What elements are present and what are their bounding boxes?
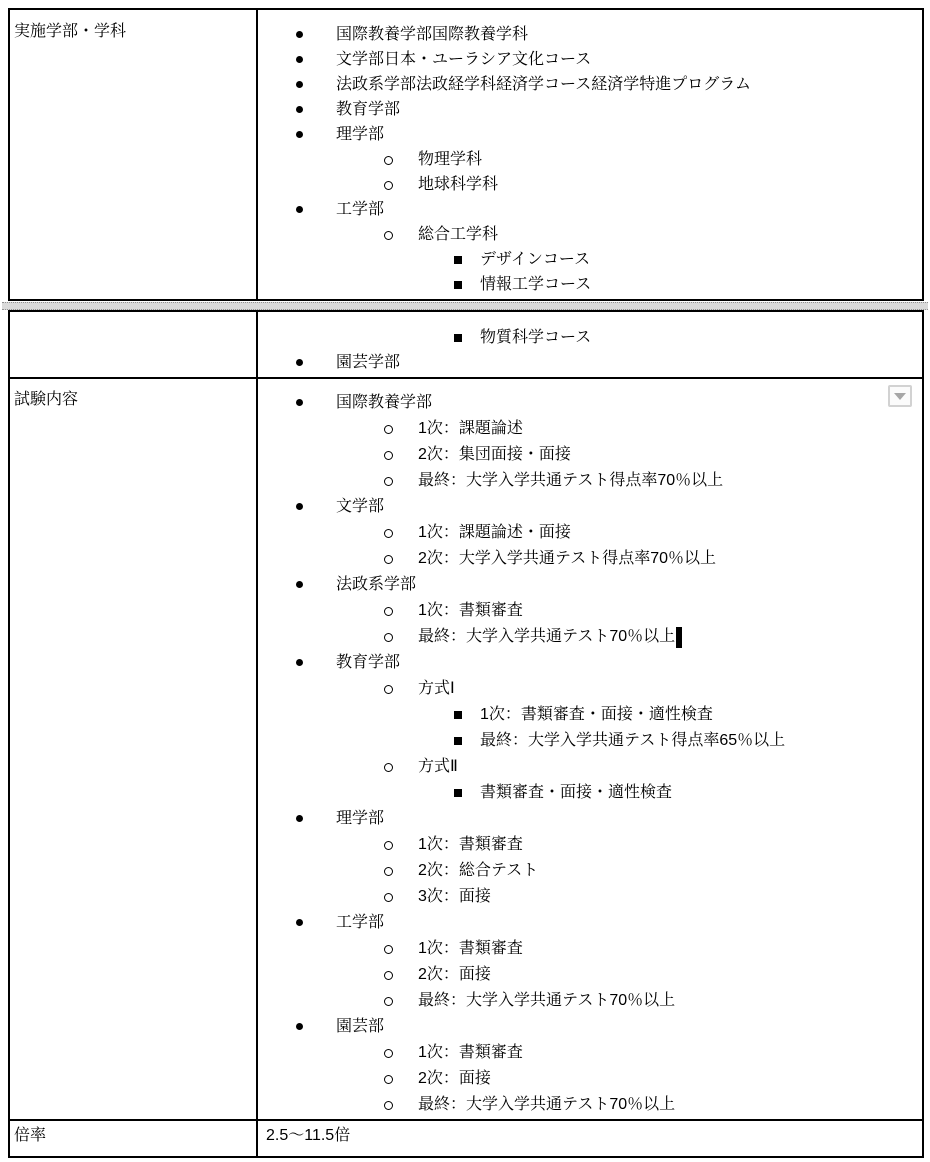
list-item-text: 1次：課題論述・面接 — [418, 520, 571, 546]
list-item: 1次：課題論述・面接 — [384, 520, 922, 546]
bullet-square-icon — [454, 702, 480, 719]
list-item-text: 2次：大学入学共通テスト得点率70％以上 — [418, 546, 716, 572]
list-item: 2次：集団面接・面接 — [384, 442, 922, 468]
list-item: 1次：書類審査 — [384, 936, 922, 962]
bullet-circle-icon — [384, 676, 418, 694]
list-item: 理学部 — [296, 122, 922, 147]
table-row-ratio: 倍率 2.5〜11.5倍 — [8, 1121, 924, 1158]
list-item-text: 1次：書類審査 — [418, 832, 523, 858]
list-item-text: 園芸学部 — [336, 350, 400, 375]
bullet-disc-icon — [296, 122, 336, 138]
bullet-disc-icon — [296, 350, 336, 366]
list-item: 最終：大学入学共通テスト70％以上 — [384, 1092, 922, 1118]
bullet-circle-icon — [384, 416, 418, 434]
bullet-disc-icon — [296, 650, 336, 666]
bullet-circle-icon — [384, 858, 418, 876]
list-item: 3次：面接 — [384, 884, 922, 910]
list-item-text: 文学部 — [336, 494, 384, 520]
bullet-circle-icon — [384, 832, 418, 850]
list-item: 最終：大学入学共通テスト70％以上 — [384, 988, 922, 1014]
bullet-disc-icon — [296, 47, 336, 63]
list-item-text: 2次：総合テスト — [418, 858, 538, 884]
bullet-disc-icon — [296, 97, 336, 113]
bullet-disc-icon — [296, 494, 336, 510]
bullet-circle-icon — [384, 520, 418, 538]
bullet-circle-icon — [384, 468, 418, 486]
list-item-text: 法政系学部法政経学科経済学コース経済学特進プログラム — [336, 72, 751, 97]
list-item: 1次：書類審査 — [384, 1040, 922, 1066]
list-item: 物質科学コース — [454, 325, 922, 350]
list-item-text: デザインコース — [480, 247, 590, 272]
bullet-square-icon — [454, 247, 480, 264]
bullet-disc-icon — [296, 1014, 336, 1030]
list-item: 文学部日本・ユーラシア文化コース — [296, 47, 922, 72]
list-item-text: 方式Ⅱ — [418, 754, 458, 780]
chevron-down-icon — [894, 393, 906, 400]
bullet-square-icon — [454, 272, 480, 289]
list-item-text: 最終：大学入学共通テスト得点率70％以上 — [418, 468, 723, 494]
bullet-circle-icon — [384, 147, 418, 165]
list-item-text: 情報工学コース — [480, 272, 591, 297]
list-item: 園芸学部 — [296, 350, 922, 375]
row-header-ratio: 倍率 — [10, 1121, 256, 1146]
list-item-text: 最終：大学入学共通テスト70％以上 — [418, 624, 675, 650]
list-item: 国際教養学部国際教養学科 — [296, 22, 922, 47]
list-item-text: 文学部日本・ユーラシア文化コース — [336, 47, 591, 72]
list-item: 方式Ⅰ — [384, 676, 922, 702]
list-item: 教育学部 — [296, 97, 922, 122]
list-item: 国際教養学部 — [296, 390, 922, 416]
list-item: 園芸部 — [296, 1014, 922, 1040]
list-item-text: 最終：大学入学共通テスト70％以上 — [418, 988, 675, 1014]
list-item-text: 2次：面接 — [418, 1066, 491, 1092]
list-item: 最終：大学入学共通テスト70％以上 — [384, 624, 922, 650]
document-page: 実施学部・学科 国際教養学部国際教養学科文学部日本・ユーラシア文化コース法政系学… — [0, 0, 930, 1162]
list-item: 2次：総合テスト — [384, 858, 922, 884]
bullet-circle-icon — [384, 442, 418, 460]
list-item: 1次：書類審査 — [384, 832, 922, 858]
list-item: 1次：書類審査・面接・適性検査 — [454, 702, 922, 728]
list-item-text: 1次：課題論述 — [418, 416, 523, 442]
cell-faculties-content[interactable]: 国際教養学部国際教養学科文学部日本・ユーラシア文化コース法政系学部法政経学科経済… — [258, 10, 922, 299]
faculties-list: 国際教養学部国際教養学科文学部日本・ユーラシア文化コース法政系学部法政経学科経済… — [258, 10, 922, 297]
list-item-text: 最終：大学入学共通テスト得点率65％以上 — [480, 728, 785, 754]
cell-faculties-header-continued[interactable] — [10, 312, 258, 377]
list-item: 1次：書類審査 — [384, 598, 922, 624]
ratio-value: 2.5〜11.5倍 — [258, 1121, 922, 1146]
list-item-text: 3次：面接 — [418, 884, 491, 910]
bullet-circle-icon — [384, 172, 418, 190]
list-item: 2次：面接 — [384, 1066, 922, 1092]
exam-content-list: 国際教養学部1次：課題論述2次：集団面接・面接最終：大学入学共通テスト得点率70… — [258, 379, 922, 1118]
list-item-text: 1次：書類審査 — [418, 598, 523, 624]
bullet-circle-icon — [384, 1066, 418, 1084]
list-item-text: 地球科学科 — [418, 172, 498, 197]
bullet-square-icon — [454, 780, 480, 797]
list-item-text: 総合工学科 — [418, 222, 498, 247]
bullet-circle-icon — [384, 754, 418, 772]
table-row-exam-content: 試験内容 国際教養学部1次：課題論述2次：集団面接・面接最終：大学入学共通テスト… — [8, 379, 924, 1121]
cell-ratio-value[interactable]: 2.5〜11.5倍 — [258, 1121, 922, 1156]
list-item-text: 1次：書類審査 — [418, 1040, 523, 1066]
list-item-text: 園芸部 — [336, 1014, 384, 1040]
list-item-text: 1次：書類審査 — [418, 936, 523, 962]
bullet-square-icon — [454, 325, 480, 342]
list-item-text: 理学部 — [336, 806, 384, 832]
list-item: 書類審査・面接・適性検査 — [454, 780, 922, 806]
list-item: 法政系学部 — [296, 572, 922, 598]
list-item: 1次：課題論述 — [384, 416, 922, 442]
list-item-text: 工学部 — [336, 197, 384, 222]
list-item: 理学部 — [296, 806, 922, 832]
list-item-text: 方式Ⅰ — [418, 676, 455, 702]
bullet-circle-icon — [384, 222, 418, 240]
list-item-text: 物質科学コース — [480, 325, 591, 350]
bullet-disc-icon — [296, 390, 336, 406]
list-item-text: 法政系学部 — [336, 572, 416, 598]
list-item: 最終：大学入学共通テスト得点率70％以上 — [384, 468, 922, 494]
bullet-disc-icon — [296, 910, 336, 926]
bullet-circle-icon — [384, 1040, 418, 1058]
list-item-text: 2次：面接 — [418, 962, 491, 988]
list-item-text: 1次：書類審査・面接・適性検査 — [480, 702, 713, 728]
list-item-text: 物理学科 — [418, 147, 482, 172]
bullet-circle-icon — [384, 936, 418, 954]
bullet-disc-icon — [296, 572, 336, 588]
bullet-disc-icon — [296, 22, 336, 38]
cell-exam-content[interactable]: 国際教養学部1次：課題論述2次：集団面接・面接最終：大学入学共通テスト得点率70… — [258, 379, 922, 1119]
list-item: 工学部 — [296, 197, 922, 222]
list-item-text: 最終：大学入学共通テスト70％以上 — [418, 1092, 675, 1118]
bullet-disc-icon — [296, 72, 336, 88]
list-item: 方式Ⅱ — [384, 754, 922, 780]
list-item-text: 国際教養学部国際教養学科 — [336, 22, 528, 47]
list-item: デザインコース — [454, 247, 922, 272]
list-item: 物理学科 — [384, 147, 922, 172]
list-item-text: 工学部 — [336, 910, 384, 936]
list-item-text: 国際教養学部 — [336, 390, 432, 416]
bullet-circle-icon — [384, 624, 418, 642]
list-item: 工学部 — [296, 910, 922, 936]
list-item: 2次：面接 — [384, 962, 922, 988]
bullet-circle-icon — [384, 884, 418, 902]
list-item-text: 理学部 — [336, 122, 384, 147]
list-item: 2次：大学入学共通テスト得点率70％以上 — [384, 546, 922, 572]
list-item: 教育学部 — [296, 650, 922, 676]
table-dropdown-button[interactable] — [888, 385, 912, 407]
list-item: 法政系学部法政経学科経済学コース経済学特進プログラム — [296, 72, 922, 97]
list-item-text: 教育学部 — [336, 97, 400, 122]
list-item: 地球科学科 — [384, 172, 922, 197]
bullet-square-icon — [454, 728, 480, 745]
bullet-circle-icon — [384, 1092, 418, 1110]
table-row-faculties: 実施学部・学科 国際教養学部国際教養学科文学部日本・ユーラシア文化コース法政系学… — [8, 8, 924, 301]
bullet-circle-icon — [384, 962, 418, 980]
list-item-text: 2次：集団面接・面接 — [418, 442, 571, 468]
cell-faculties-content-continued[interactable]: 物質科学コース園芸学部 — [258, 312, 922, 377]
faculties-list-continued: 物質科学コース園芸学部 — [258, 312, 922, 375]
bullet-disc-icon — [296, 197, 336, 213]
list-item: 総合工学科 — [384, 222, 922, 247]
row-header-exam-content: 試験内容 — [10, 379, 256, 410]
table-row-faculties-continued: 物質科学コース園芸学部 — [8, 310, 924, 379]
cell-faculties-header[interactable]: 実施学部・学科 — [10, 10, 258, 299]
bullet-circle-icon — [384, 988, 418, 1006]
bullet-disc-icon — [296, 806, 336, 822]
list-item-text: 教育学部 — [336, 650, 400, 676]
list-item: 情報工学コース — [454, 272, 922, 297]
bullet-circle-icon — [384, 598, 418, 616]
row-header-faculties: 実施学部・学科 — [10, 10, 256, 42]
text-cursor — [676, 627, 682, 648]
list-item-text: 書類審査・面接・適性検査 — [480, 780, 672, 806]
cell-ratio-header[interactable]: 倍率 — [10, 1121, 258, 1156]
list-item: 最終：大学入学共通テスト得点率65％以上 — [454, 728, 922, 754]
table-page-break — [2, 302, 928, 310]
cell-exam-header[interactable]: 試験内容 — [10, 379, 258, 1119]
bullet-circle-icon — [384, 546, 418, 564]
list-item: 文学部 — [296, 494, 922, 520]
